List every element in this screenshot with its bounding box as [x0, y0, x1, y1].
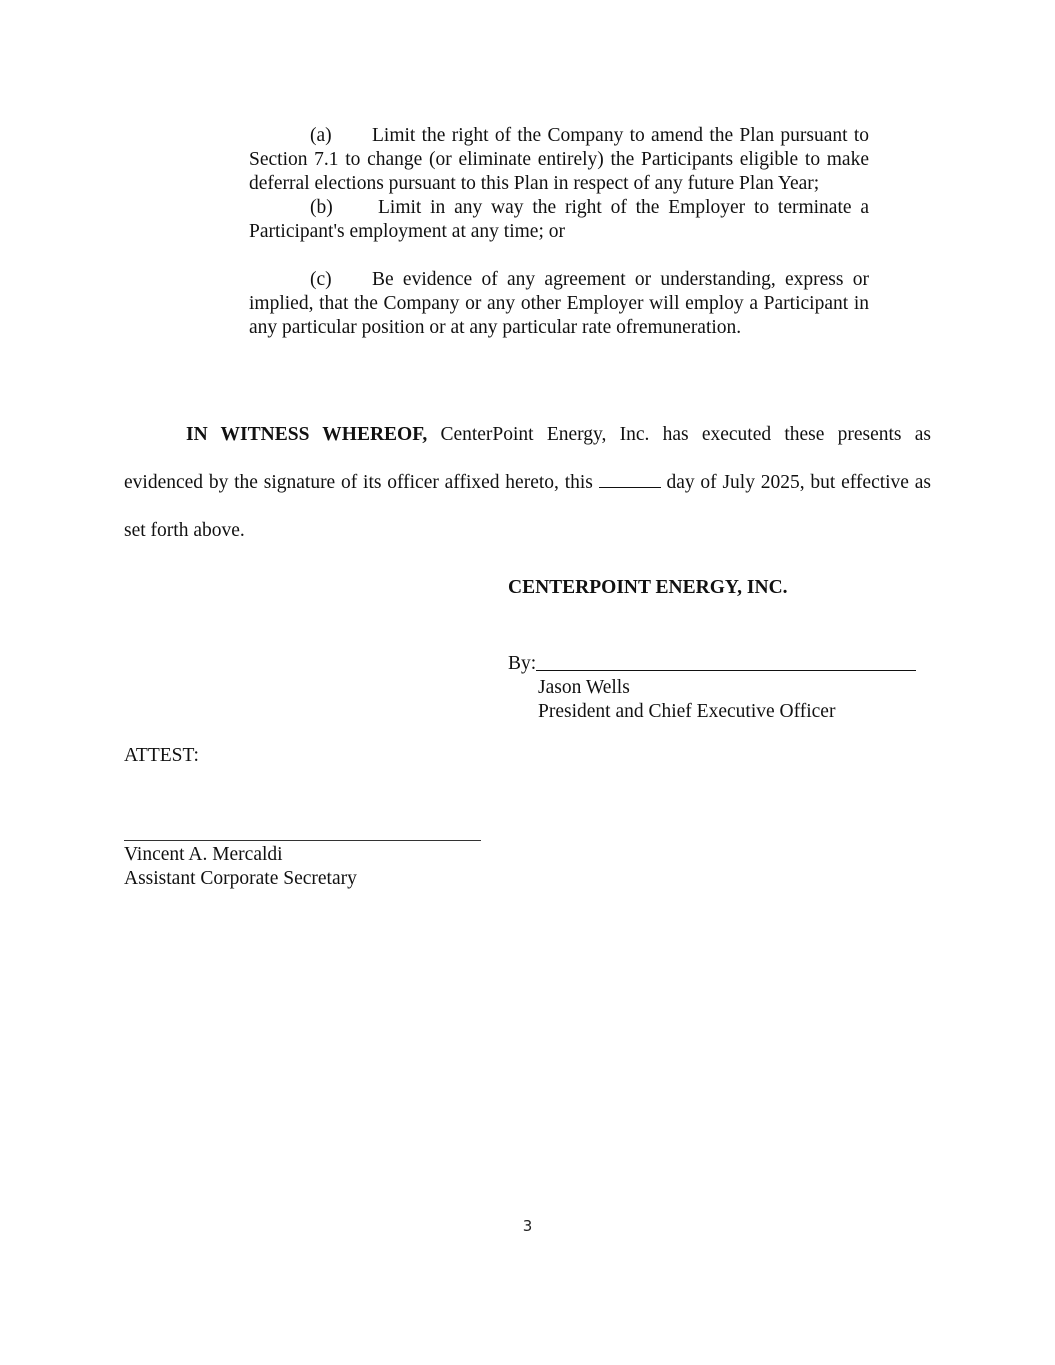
company-name: CENTERPOINT ENERGY, INC. [508, 576, 788, 600]
day-blank-line [599, 472, 661, 488]
provisions-list: (a)Limit the right of the Company to ame… [249, 124, 869, 340]
signature-by-line: By: [508, 652, 916, 676]
attester-title: Assistant Corporate Secretary [124, 867, 357, 891]
witness-clause: IN WITNESS WHEREOF, CenterPoint Energy, … [124, 411, 931, 555]
provision-b: (b)Limit in any way the right of the Emp… [249, 196, 869, 244]
attester-name: Vincent A. Mercaldi [124, 843, 357, 867]
signature-line [536, 670, 916, 671]
provision-label: (b) [249, 196, 378, 220]
attest-signature-line [124, 840, 481, 841]
provision-c: (c)Be evidence of any agreement or under… [249, 268, 869, 340]
page-number: 3 [0, 1217, 1055, 1235]
attest-label: ATTEST: [124, 744, 199, 768]
witness-lead: IN WITNESS WHEREOF, [186, 424, 427, 445]
signer-name: Jason Wells [538, 676, 835, 700]
attester-block: Vincent A. Mercaldi Assistant Corporate … [124, 843, 357, 891]
provision-a: (a)Limit the right of the Company to ame… [249, 124, 869, 196]
by-label: By: [508, 652, 536, 676]
signer-block: Jason Wells President and Chief Executiv… [538, 676, 835, 724]
provision-label: (a) [249, 124, 372, 148]
signer-title: President and Chief Executive Officer [538, 700, 835, 724]
provision-label: (c) [249, 268, 372, 292]
